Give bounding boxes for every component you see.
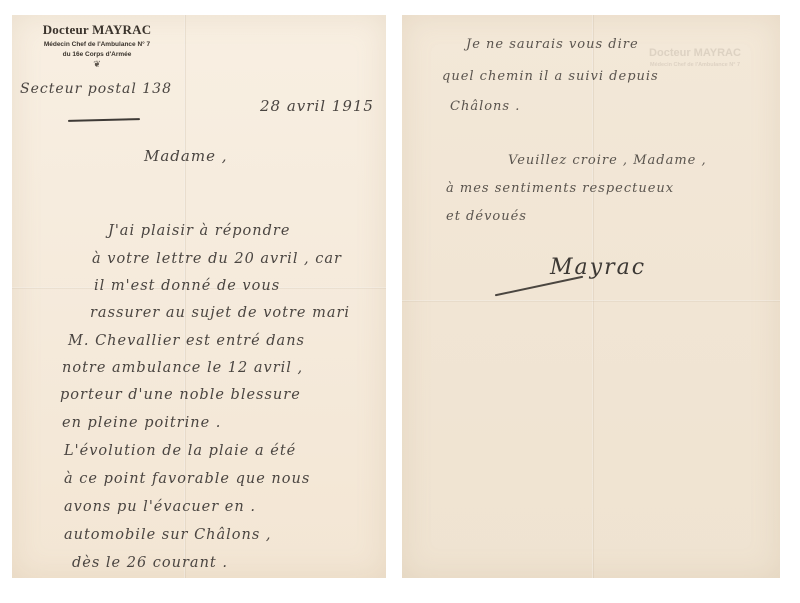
body-line: notre ambulance le 12 avril , [62,360,303,376]
underline-stroke [68,118,140,122]
letterhead: Docteur MAYRAC Médecin Chef de l'Ambulan… [12,22,182,70]
letter-date: 28 avril 1915 [260,97,374,115]
body-line: rassurer au sujet de votre mari [90,305,350,321]
letterhead-title: Médecin Chef de l'Ambulance N° 7 [12,41,182,48]
body-line: il m'est donné de vous [94,278,280,294]
body-line: L'évolution de la plaie a été [64,443,296,459]
body-line: avons pu l'évacuer en . [64,499,256,515]
body-line: M. Chevallier est entré dans [68,333,305,349]
signature-flourish [495,276,583,296]
body-line: J'ai plaisir à répondre [108,223,290,239]
closing-line: Veuillez croire , Madame , [508,153,707,168]
salutation: Madame , [144,147,227,165]
fold-line-vertical [184,15,186,578]
ornament-icon: ❦ [12,59,182,70]
body-line: en pleine poitrine . [62,415,221,431]
body-line: porteur d'une noble blessure [60,387,301,403]
letterhead-name: Docteur MAYRAC [12,22,182,38]
fold-line-vertical [592,15,594,578]
body-line: Je ne saurais vous dire [466,37,639,52]
letter-page-left: Docteur MAYRAC Médecin Chef de l'Ambulan… [12,15,386,578]
ghost-title: Médecin Chef de l'Ambulance N° 7 [620,62,770,68]
letterhead-corps: du 16e Corps d'Armée [12,51,182,58]
signature: Mayrac [550,255,646,280]
postal-sector: Secteur postal 138 [20,81,172,97]
fold-line-horizontal [402,300,780,302]
body-line: automobile sur Châlons , [64,527,272,543]
body-line: Châlons . [450,99,520,114]
ghost-name: Docteur MAYRAC [620,47,770,59]
closing-line: à mes sentiments respectueux [446,181,674,196]
body-line: à votre lettre du 20 avril , car [92,251,342,267]
body-line: quel chemin il a suivi depuis [442,69,659,84]
body-line: à ce point favorable que nous [64,471,310,487]
body-line: dès le 26 courant . [72,555,228,571]
letter-page-right: Docteur MAYRAC Médecin Chef de l'Ambulan… [402,15,780,578]
letterhead-bleed-through: Docteur MAYRAC Médecin Chef de l'Ambulan… [620,47,770,68]
closing-line: et dévoués [446,209,527,224]
